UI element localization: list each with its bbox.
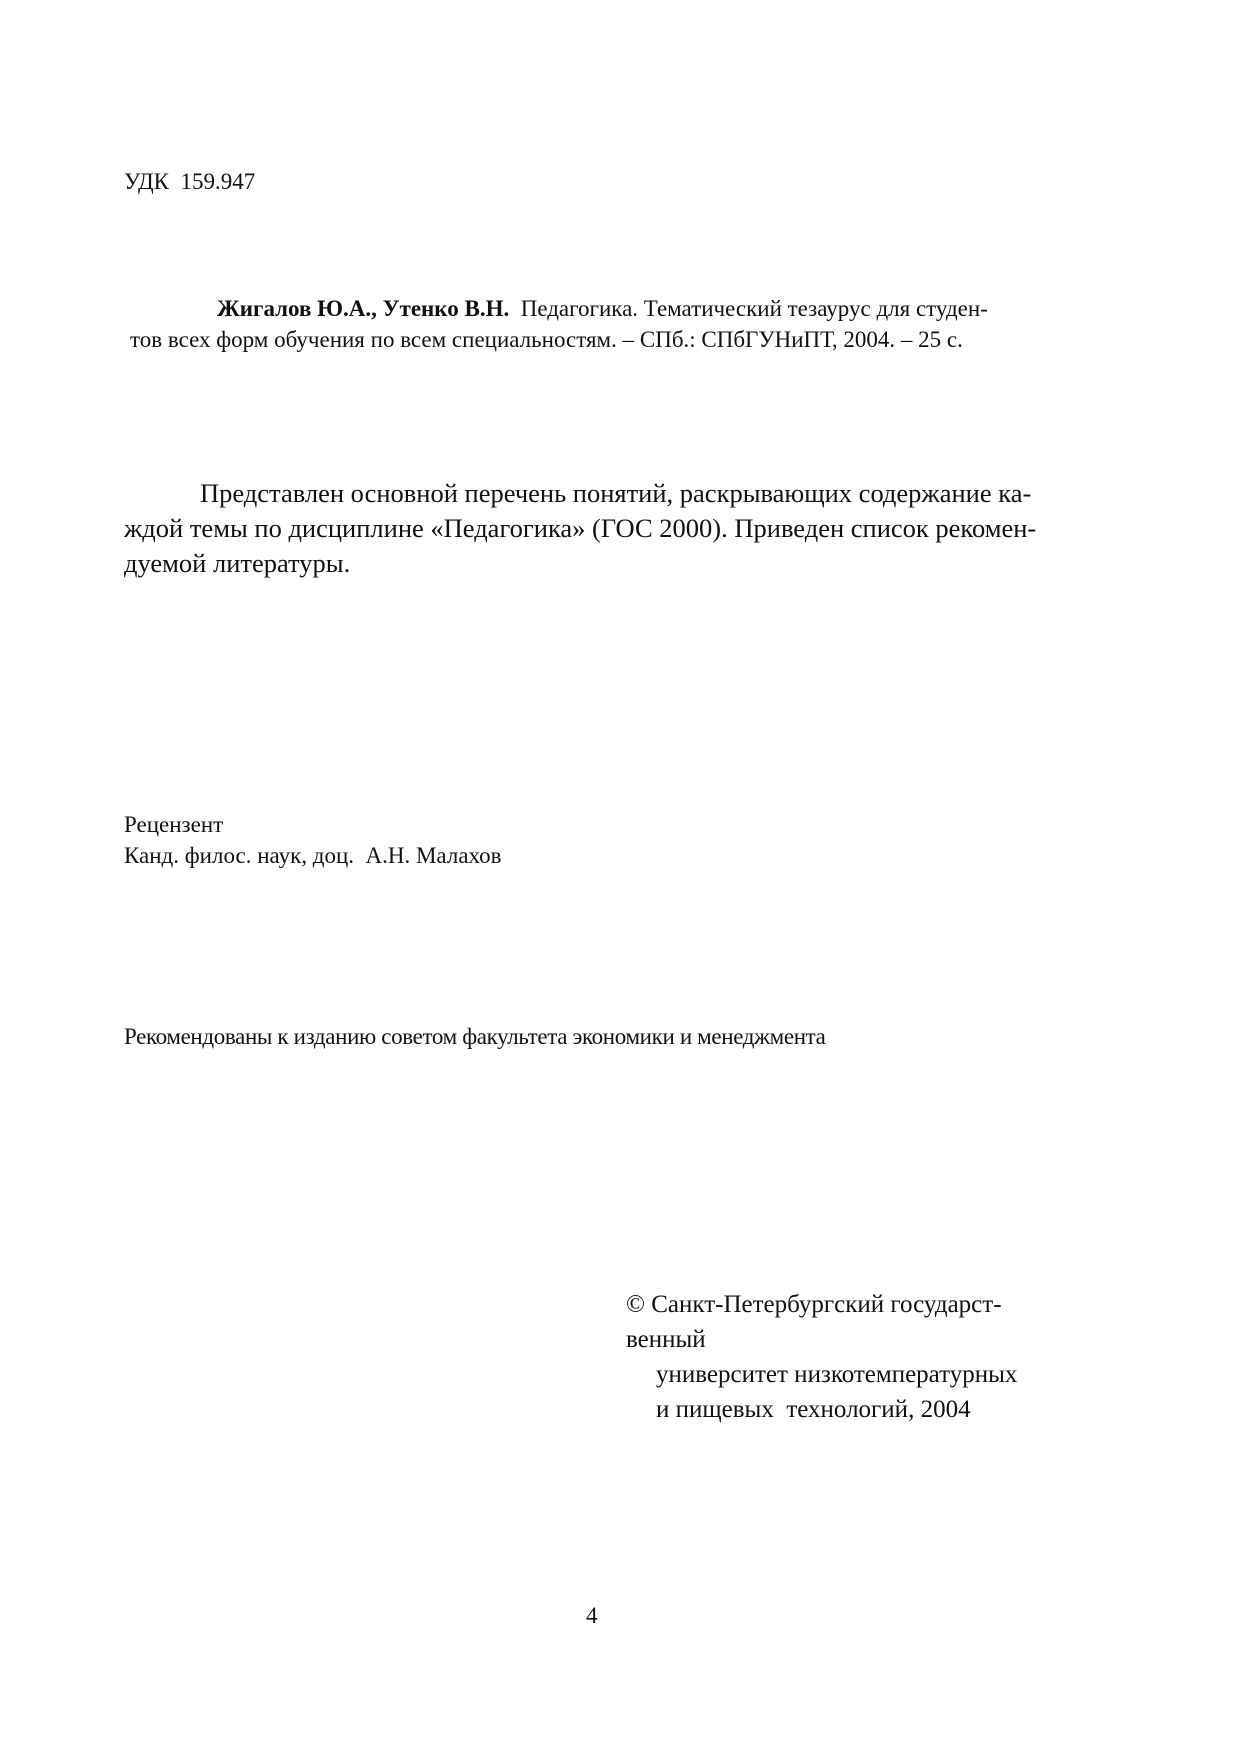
authors: Жигалов Ю.А., Утенко В.Н. — [217, 296, 509, 321]
bibliographic-line-2: тов всех форм обучения по всем специальн… — [130, 327, 963, 353]
abstract-line: Представлен основной перечень понятий, р… — [200, 478, 1031, 509]
page-number: 4 — [586, 1604, 598, 1627]
reviewer-name: Канд. филос. наук, доц. А.Н. Малахов — [124, 843, 502, 869]
abstract-line: дуемой литературы. — [124, 548, 350, 579]
document-page: УДК 159.947 Жигалов Ю.А., Утенко В.Н. Пе… — [0, 0, 1241, 1755]
bibliographic-line-1: Жигалов Ю.А., Утенко В.Н. Педагогика. Те… — [217, 296, 988, 322]
abstract-line: ждой темы по дисциплине «Педагогика» (ГО… — [124, 513, 1036, 544]
title-start: Педагогика. Тематический тезаурус для ст… — [509, 296, 988, 321]
copyright-line: © Санкт-Петербургский государст- — [626, 1291, 1002, 1319]
reviewer-label: Рецензент — [124, 812, 223, 838]
copyright-line: венный — [626, 1326, 706, 1354]
udk-code: УДК 159.947 — [124, 170, 255, 193]
copyright-line: университет низкотемпературных — [656, 1361, 1017, 1389]
copyright-line: и пищевых технологий, 2004 — [656, 1396, 971, 1424]
publication-recommendation: Рекомендованы к изданию советом факульте… — [124, 1025, 826, 1048]
